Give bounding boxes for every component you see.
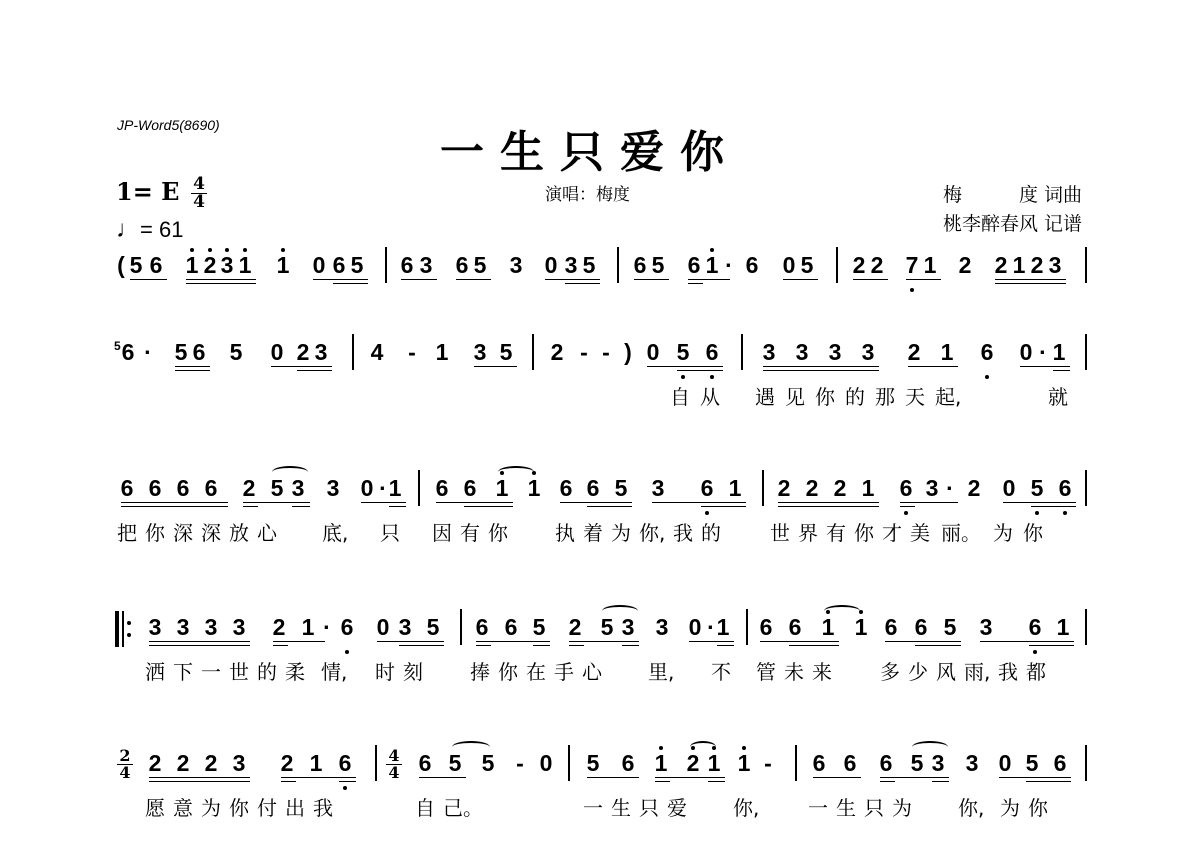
octave-low-dot-icon	[910, 288, 914, 292]
duration-underline	[149, 781, 250, 782]
note: 2	[1029, 253, 1045, 277]
barline	[617, 247, 619, 283]
time-signature-bottom: 4	[193, 192, 205, 212]
note: 7	[904, 253, 920, 277]
octave-high-dot-icon	[742, 746, 746, 750]
note: 6	[120, 340, 136, 364]
dash-extension: -	[512, 751, 528, 775]
lyric-syllable: 为	[892, 797, 912, 819]
dash-extension: -	[598, 340, 614, 364]
duration-underline	[677, 366, 723, 367]
note: 2	[906, 340, 922, 364]
lyric-syllable: 深	[173, 522, 193, 544]
barline	[352, 334, 354, 370]
lyric-syllable: 出	[285, 797, 305, 819]
lyric-syllable: 遇	[755, 386, 775, 408]
octave-low-dot-icon	[345, 650, 349, 654]
note: 5	[1029, 476, 1045, 500]
time-signature-top: 4	[193, 174, 205, 194]
note: 2	[279, 751, 295, 775]
note: 0	[781, 253, 797, 277]
dash-extension: -	[576, 340, 592, 364]
octave-low-dot-icon	[1033, 650, 1037, 654]
duration-underline	[399, 641, 444, 642]
note: 2	[271, 615, 287, 639]
duration-underline	[915, 645, 961, 646]
duration-underline	[778, 506, 879, 507]
augmentation-dot: ·	[1035, 340, 1051, 364]
duration-underline	[389, 506, 406, 507]
note: 1	[820, 615, 836, 639]
note: 1	[1051, 340, 1067, 364]
note: 2	[549, 340, 565, 364]
note: 1	[653, 751, 669, 775]
note: 3	[563, 253, 579, 277]
note: 5	[269, 476, 285, 500]
barline	[1085, 247, 1087, 283]
note: 6	[878, 751, 894, 775]
note: 1	[1055, 615, 1071, 639]
note: 3	[325, 476, 341, 500]
note: 1	[853, 615, 869, 639]
duration-underline	[333, 283, 368, 284]
note: 3	[147, 615, 163, 639]
octave-low-dot-icon	[1035, 511, 1039, 515]
note: 0	[375, 615, 391, 639]
duration-underline	[333, 279, 368, 280]
barline	[1085, 470, 1087, 506]
duration-underline	[932, 781, 949, 782]
note: 0	[997, 751, 1013, 775]
note: 5	[650, 253, 666, 277]
duration-underline	[533, 645, 550, 646]
note: 0	[687, 615, 703, 639]
note: 6	[147, 476, 163, 500]
note: 0	[1001, 476, 1017, 500]
note: 5	[909, 751, 925, 775]
lyric-syllable: 有	[460, 522, 480, 544]
note: 6	[399, 253, 415, 277]
note: 6	[175, 476, 191, 500]
note: 2	[241, 476, 257, 500]
duration-underline	[717, 641, 734, 642]
key-signature: 1= E	[116, 177, 179, 206]
note: 3	[794, 340, 810, 364]
duration-underline	[339, 777, 356, 778]
note: 0	[311, 253, 327, 277]
barline	[795, 745, 797, 781]
duration-underline	[763, 370, 879, 371]
note: 3	[175, 615, 191, 639]
note: 6	[119, 476, 135, 500]
duration-underline	[900, 506, 915, 507]
lyricist-composer-credit: 梅 度 词曲	[943, 180, 1082, 207]
duration-underline	[1026, 777, 1071, 778]
duration-underline	[688, 279, 703, 280]
lyric-syllable: 你	[1028, 797, 1048, 819]
lyric-syllable: 见	[785, 386, 805, 408]
duration-underline	[474, 366, 517, 367]
note: 5	[799, 253, 815, 277]
note: 6	[454, 253, 470, 277]
lyric-syllable: 一	[201, 661, 221, 683]
note: 6	[1027, 615, 1043, 639]
octave-low-dot-icon	[710, 375, 714, 379]
lyric-syllable: 少	[908, 661, 928, 683]
note: 1	[184, 253, 200, 277]
lyric-syllable: 里,	[648, 661, 674, 683]
note: 2	[202, 253, 218, 277]
duration-underline	[175, 370, 210, 371]
lyric-syllable: 的	[845, 386, 865, 408]
duration-underline	[622, 641, 639, 642]
lyric-syllable: 意	[173, 797, 193, 819]
note: 3	[827, 340, 843, 364]
note: 6	[503, 615, 519, 639]
lyric-syllable: 才	[882, 522, 902, 544]
note: 5	[585, 751, 601, 775]
lyric-syllable: 一	[808, 797, 828, 819]
lyric-syllable: 你,	[733, 797, 759, 819]
octave-low-dot-icon	[904, 511, 908, 515]
note: 5	[613, 476, 629, 500]
duration-underline	[339, 781, 356, 782]
barline	[762, 470, 764, 506]
note: 3	[397, 615, 413, 639]
duration-underline	[569, 641, 584, 642]
note: 6	[913, 615, 929, 639]
note: 2	[966, 476, 982, 500]
note: 3	[472, 340, 488, 364]
octave-low-dot-icon	[985, 375, 989, 379]
duration-underline	[853, 279, 888, 280]
lyric-syllable: 愿	[145, 797, 165, 819]
lyric-syllable: 你,	[639, 522, 665, 544]
note: 0	[359, 476, 375, 500]
lyric-syllable: 捧	[470, 661, 490, 683]
note: 1	[704, 253, 720, 277]
repeat-thick-line	[115, 611, 119, 647]
duration-underline	[281, 781, 296, 782]
duration-underline	[701, 502, 746, 503]
note: 3	[620, 615, 636, 639]
note: 3	[978, 615, 994, 639]
lyric-syllable: 你	[488, 522, 508, 544]
duration-underline	[932, 777, 949, 778]
note: 6	[474, 615, 490, 639]
duration-underline	[587, 777, 639, 778]
lyric-syllable: 世	[770, 522, 790, 544]
lyric-syllable: 未	[784, 661, 804, 683]
lyric-syllable: 放	[229, 522, 249, 544]
note: 6	[898, 476, 914, 500]
note: 3	[930, 751, 946, 775]
note: 3	[924, 476, 940, 500]
octave-low-dot-icon	[343, 786, 347, 790]
duration-underline	[708, 777, 725, 778]
duration-underline	[655, 777, 670, 778]
lyric-syllable: 的	[257, 661, 277, 683]
note: 6	[979, 340, 995, 364]
note: 5	[1024, 751, 1040, 775]
augmentation-dot: ·	[942, 476, 958, 500]
note: 3	[761, 340, 777, 364]
lyric-syllable: 天	[905, 386, 925, 408]
note: 6	[811, 751, 827, 775]
lyric-syllable: 界	[798, 522, 818, 544]
note: 3	[654, 615, 670, 639]
duration-underline	[688, 283, 703, 284]
lyric-syllable: 柔	[285, 661, 305, 683]
octave-high-dot-icon	[659, 746, 663, 750]
duration-underline	[297, 366, 332, 367]
note: 6	[842, 751, 858, 775]
duration-underline	[565, 283, 600, 284]
barline	[375, 745, 377, 781]
note: 0	[1018, 340, 1034, 364]
duration-underline	[717, 645, 734, 646]
note: 6	[331, 253, 347, 277]
barline	[836, 247, 838, 283]
note: 1	[1011, 253, 1027, 277]
duration-underline	[121, 502, 228, 503]
lyric-syllable: 心	[582, 661, 602, 683]
octave-high-dot-icon	[190, 248, 194, 252]
duration-underline	[622, 645, 639, 646]
note: 2	[175, 751, 191, 775]
note: 6	[883, 615, 899, 639]
note: 5	[675, 340, 691, 364]
note: 6	[632, 253, 648, 277]
duration-underline	[464, 506, 513, 507]
duration-underline	[565, 279, 600, 280]
duration-underline	[186, 279, 256, 280]
duration-underline	[149, 777, 250, 778]
octave-low-dot-icon	[1063, 511, 1067, 515]
note: 3	[418, 253, 434, 277]
note: 1	[237, 253, 253, 277]
note: 1	[387, 476, 403, 500]
lyric-syllable: 为	[611, 522, 631, 544]
lyric-syllable: 生	[836, 797, 856, 819]
note: 6	[417, 751, 433, 775]
note: 6	[787, 615, 803, 639]
note: 5	[581, 253, 597, 277]
note: 6	[585, 476, 601, 500]
note: 5	[425, 615, 441, 639]
lyric-syllable: 丽。	[941, 522, 981, 544]
lyric-syllable: 世	[229, 661, 249, 683]
duration-underline	[243, 506, 258, 507]
augmentation-dot: ·	[721, 253, 737, 277]
slur-icon	[824, 605, 860, 617]
note: 0	[538, 751, 554, 775]
lyric-syllable: 手	[554, 661, 574, 683]
note: 3	[231, 615, 247, 639]
slur-icon	[498, 466, 534, 478]
note: 1	[308, 751, 324, 775]
barline	[568, 745, 570, 781]
lyric-syllable: 时	[375, 661, 395, 683]
note: 5	[349, 253, 365, 277]
duration-underline	[655, 781, 670, 782]
note: 6	[462, 476, 478, 500]
barline	[1085, 609, 1087, 645]
note: 3	[508, 253, 524, 277]
note: 2	[147, 751, 163, 775]
lyric-syllable: 把	[117, 522, 137, 544]
lyric-syllable: 为	[993, 522, 1013, 544]
duration-underline	[292, 502, 310, 503]
lyric-syllable: 己。	[443, 797, 483, 819]
lyric-syllable: 执	[555, 522, 575, 544]
note: 6	[203, 476, 219, 500]
lyric-syllable: 起,	[935, 386, 961, 408]
note: 5	[942, 615, 958, 639]
duration-underline	[701, 506, 746, 507]
note: 5	[447, 751, 463, 775]
barline	[1085, 745, 1087, 781]
barline	[1085, 334, 1087, 370]
duration-underline	[900, 502, 915, 503]
note: 1	[300, 615, 316, 639]
lyric-syllable: 从	[700, 386, 720, 408]
note: 6	[148, 253, 164, 277]
duration-underline	[634, 279, 669, 280]
octave-high-dot-icon	[243, 248, 247, 252]
note: 6	[558, 476, 574, 500]
duration-underline	[389, 502, 406, 503]
slur-icon	[452, 741, 490, 753]
note: 3	[203, 615, 219, 639]
lyric-syllable: 着	[583, 522, 603, 544]
note: 4	[369, 340, 385, 364]
note: 2	[295, 340, 311, 364]
duration-underline	[273, 645, 288, 646]
note: 6	[686, 253, 702, 277]
barline	[460, 609, 462, 645]
note: 3	[964, 751, 980, 775]
note: 1	[706, 751, 722, 775]
note: 5	[128, 253, 144, 277]
note: 6	[337, 751, 353, 775]
augmentation-dot: ·	[319, 615, 335, 639]
lyric-syllable: 洒	[145, 661, 165, 683]
time-signature-change: 44	[386, 748, 402, 781]
lyric-syllable: 你,	[958, 797, 984, 819]
octave-high-dot-icon	[710, 248, 714, 252]
dash-extension: -	[404, 340, 420, 364]
note: 5	[228, 340, 244, 364]
duration-underline	[281, 777, 296, 778]
note: 6	[339, 615, 355, 639]
duration-underline	[778, 502, 879, 503]
note: 3	[290, 476, 306, 500]
note: 2	[685, 751, 701, 775]
note: 2	[993, 253, 1009, 277]
lyric-syllable: 刻	[403, 661, 423, 683]
note: 3	[650, 476, 666, 500]
duration-underline	[1053, 366, 1070, 367]
barline	[418, 470, 420, 506]
lyric-syllable: 只	[380, 522, 400, 544]
duration-underline	[399, 645, 444, 646]
lyric-syllable: 心	[257, 522, 277, 544]
software-watermark: JP-Word5(8690)	[117, 117, 220, 133]
augmentation-dot: ·	[140, 340, 156, 364]
duration-underline	[456, 279, 491, 280]
lyric-syllable: 爱	[667, 797, 687, 819]
lyric-syllable: 雨,	[964, 661, 990, 683]
note: 1	[860, 476, 876, 500]
lyric-syllable: 都	[1026, 661, 1046, 683]
lyric-syllable: 多	[880, 661, 900, 683]
lyric-syllable: 你	[145, 522, 165, 544]
note: 6	[1052, 751, 1068, 775]
lyric-syllable: 你	[229, 797, 249, 819]
lyric-syllable: 自	[415, 797, 435, 819]
duration-underline	[1029, 641, 1074, 642]
duration-underline	[401, 279, 437, 280]
duration-underline	[1031, 506, 1076, 507]
duration-underline	[476, 645, 491, 646]
duration-underline	[533, 641, 550, 642]
slur-icon	[912, 741, 948, 753]
duration-underline	[1031, 502, 1076, 503]
singer-credit: 演唱：梅度	[545, 180, 630, 205]
duration-underline	[297, 370, 332, 371]
note: 3	[313, 340, 329, 364]
octave-low-dot-icon	[681, 375, 685, 379]
duration-underline	[175, 366, 210, 367]
lyric-syllable: 你	[1023, 522, 1043, 544]
note: 1	[434, 340, 450, 364]
duration-underline	[763, 366, 879, 367]
barline	[385, 247, 387, 283]
lyric-syllable: 为	[1000, 797, 1020, 819]
duration-underline	[708, 781, 725, 782]
duration-underline	[464, 502, 513, 503]
time-signature-change: 24	[117, 748, 133, 781]
duration-underline	[915, 641, 961, 642]
duration-underline	[419, 777, 466, 778]
note: 1	[715, 615, 731, 639]
duration-underline	[587, 502, 632, 503]
sig-bottom: 4	[119, 763, 130, 782]
lyric-syllable: 自	[670, 386, 690, 408]
song-title: 一生只爱你	[440, 116, 740, 180]
duration-underline	[1026, 781, 1071, 782]
lyric-syllable: 你	[498, 661, 518, 683]
note: 1	[736, 751, 752, 775]
note: 5	[173, 340, 189, 364]
duration-underline	[243, 502, 258, 503]
octave-low-dot-icon	[705, 511, 709, 515]
tempo-marking: ♩= 61	[116, 216, 183, 244]
note: 6	[434, 476, 450, 500]
repeat-dot-icon	[127, 621, 131, 625]
lyric-syllable: 我	[313, 797, 333, 819]
note: 5	[472, 253, 488, 277]
octave-high-dot-icon	[281, 248, 285, 252]
lyric-syllable: 你	[815, 386, 835, 408]
duration-underline	[906, 279, 941, 280]
duration-underline	[186, 283, 256, 284]
parenthesis: (	[113, 253, 129, 277]
note: 6	[704, 340, 720, 364]
note: 1	[922, 253, 938, 277]
duration-underline	[149, 645, 250, 646]
